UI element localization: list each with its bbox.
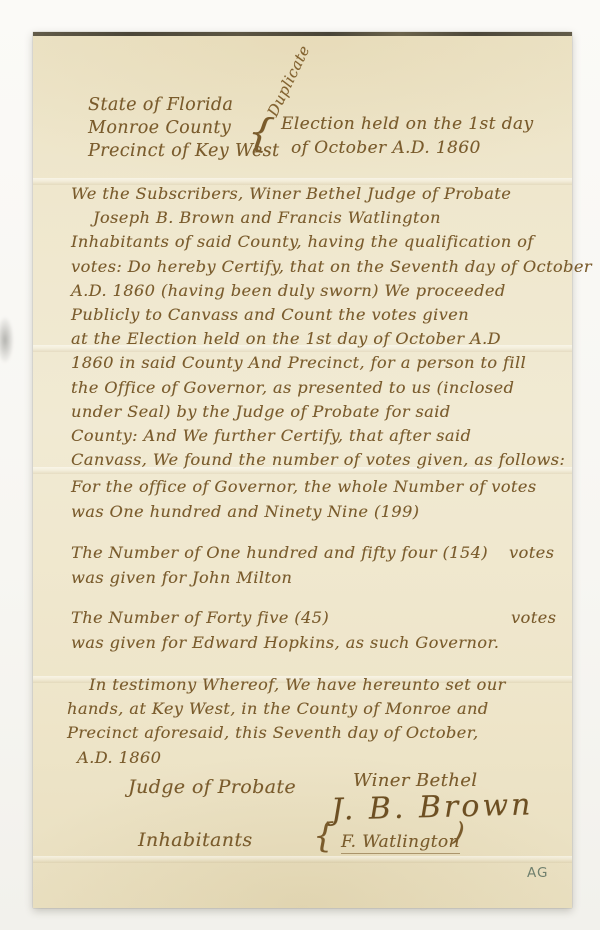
body-line: We the Subscribers, Winer Bethel Judge o… — [71, 182, 592, 206]
tally-edward-hopkins: The Number of Forty five (45) was given … — [71, 606, 499, 655]
closing-line: hands, at Key West, in the County of Mon… — [67, 697, 506, 721]
body-line: at the Election held on the 1st day of O… — [71, 327, 592, 351]
tally-line: was given for Edward Hopkins, as such Go… — [71, 631, 499, 656]
tally-line: For the office of Governor, the whole Nu… — [71, 475, 537, 500]
body-line: the Office of Governor, as presented to … — [71, 376, 592, 400]
signature-role-judge: Judge of Probate — [128, 776, 296, 798]
document-paper: Duplicate State of Florida Monroe County… — [33, 32, 572, 908]
body-line: A.D. 1860 (having been duly sworn) We pr… — [71, 279, 592, 303]
background-smudge — [0, 316, 14, 364]
scanned-document-photo: Duplicate State of Florida Monroe County… — [0, 0, 600, 930]
signature-role-inhabitants: Inhabitants — [138, 829, 253, 851]
body-line: Publicly to Canvass and Count the votes … — [71, 303, 592, 327]
signature-brace: { — [313, 816, 335, 856]
tally-line: was One hundred and Ninety Nine (199) — [71, 500, 537, 525]
archivist-mark: AG — [527, 865, 548, 881]
body-line: votes: Do hereby Certify, that on the Se… — [71, 255, 592, 279]
body-line: Inhabitants of said County, having the q… — [71, 230, 592, 254]
body-line: Joseph B. Brown and Francis Watlington — [93, 206, 592, 230]
tally-line: The Number of One hundred and fifty four… — [71, 541, 488, 566]
body-line: Canvass, We found the number of votes gi… — [71, 448, 592, 472]
body-line: under Seal) by the Judge of Probate for … — [71, 400, 592, 424]
body-line: County: And We further Certify, that aft… — [71, 424, 592, 448]
tally-votes-word: votes — [509, 541, 554, 566]
tally-line: The Number of Forty five (45) — [71, 606, 499, 631]
signature-jb-brown: J. B. Brown — [331, 787, 534, 827]
certification-paragraph: We the Subscribers, Winer Bethel Judge o… — [71, 182, 592, 472]
header-event-block: Election held on the 1st day of October … — [281, 112, 533, 160]
body-line: 1860 in said County And Precinct, for a … — [71, 351, 592, 375]
header-event-line: of October A.D. 1860 — [291, 136, 533, 160]
testimony-paragraph: In testimony Whereof, We have hereunto s… — [67, 673, 506, 770]
tally-total-votes: For the office of Governor, the whole Nu… — [71, 475, 537, 524]
closing-line: A.D. 1860 — [77, 746, 506, 770]
closing-line: Precinct aforesaid, this Seventh day of … — [67, 721, 506, 745]
fold-crease — [33, 856, 572, 863]
signature-winer-bethel: Winer Bethel — [353, 770, 477, 791]
tally-line: was given for John Milton — [71, 566, 488, 591]
closing-line: In testimony Whereof, We have hereunto s… — [89, 673, 506, 697]
tally-votes-word: votes — [511, 606, 556, 631]
tally-john-milton: The Number of One hundred and fifty four… — [71, 541, 488, 590]
signature-f-watlington: F. Watlington — [341, 832, 460, 854]
header-event-line: Election held on the 1st day — [281, 112, 533, 136]
